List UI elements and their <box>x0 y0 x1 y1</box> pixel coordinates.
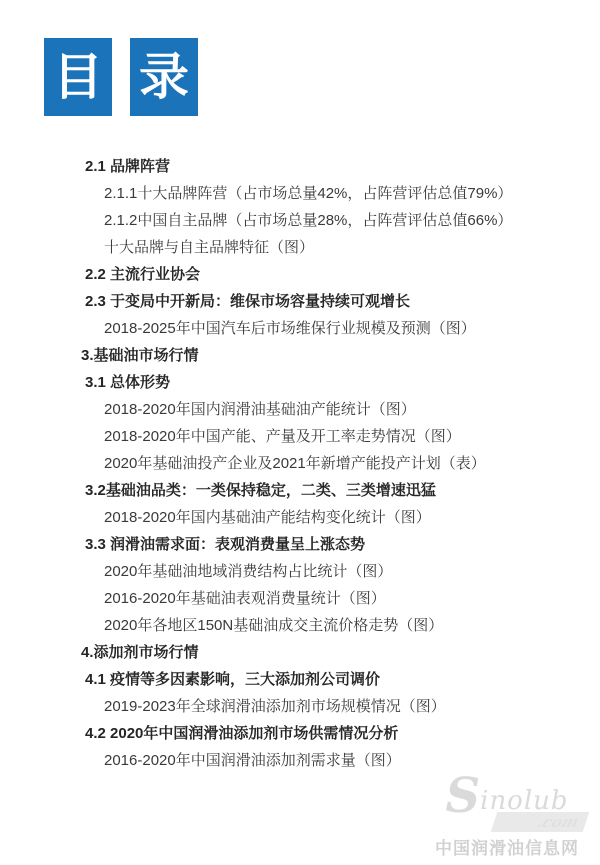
toc-line: 2016-2020年中国润滑油添加剂需求量（图） <box>0 747 600 774</box>
toc-line: 2020年基础油投产企业及2021年新增产能投产计划（表） <box>0 450 600 477</box>
logo-s-letter: S <box>445 772 480 820</box>
toc-line: 2.1 品牌阵营 <box>0 153 600 180</box>
page-title: 目 录 <box>44 38 198 116</box>
toc-line: 2.1.2中国自主品牌（占市场总量28%，占阵营评估总值66%） <box>0 207 600 234</box>
toc-line: 2016-2020年基础油表观消费量统计（图） <box>0 585 600 612</box>
title-char-1: 目 <box>53 52 103 102</box>
toc-line: 2018-2020年国内润滑油基础油产能统计（图） <box>0 396 600 423</box>
toc-line: 4.1 疫情等多因素影响，三大添加剂公司调价 <box>0 666 600 693</box>
toc-line: 3.3 润滑油需求面：表观消费量呈上涨态势 <box>0 531 600 558</box>
title-char-2: 录 <box>139 52 189 102</box>
title-badge-mu: 目 <box>44 38 112 116</box>
toc-line: 3.1 总体形势 <box>0 369 600 396</box>
toc-line: 2018-2020年中国产能、产量及开工率走势情况（图） <box>0 423 600 450</box>
toc-page: 目 录 2.1 品牌阵营2.1.1十大品牌阵营（占市场总量42%，占阵营评估总值… <box>0 0 600 865</box>
toc-line: 4.添加剂市场行情 <box>0 639 600 666</box>
toc-line: 2018-2020年国内基础油产能结构变化统计（图） <box>0 504 600 531</box>
toc-line: 十大品牌与自主品牌特征（图） <box>0 234 600 261</box>
toc-line: 4.2 2020年中国润滑油添加剂市场供需情况分析 <box>0 720 600 747</box>
toc-line: 2.2 主流行业协会 <box>0 261 600 288</box>
toc-line: 3.2基础油品类：一类保持稳定，二类、三类增速迅猛 <box>0 477 600 504</box>
title-badge-lu: 录 <box>130 38 198 116</box>
toc-line: 3.基础油市场行情 <box>0 342 600 369</box>
toc-line: 2020年基础油地域消费结构占比统计（图） <box>0 558 600 585</box>
toc-line: 2018-2025年中国汽车后市场维保行业规模及预测（图） <box>0 315 600 342</box>
toc-list: 2.1 品牌阵营2.1.1十大品牌阵营（占市场总量42%，占阵营评估总值79%）… <box>0 153 600 774</box>
toc-line: 2019-2023年全球润滑油添加剂市场规模情况（图） <box>0 693 600 720</box>
toc-line: 2020年各地区150N基础油成交主流价格走势（图） <box>0 612 600 639</box>
toc-line: 2.1.1十大品牌阵营（占市场总量42%，占阵营评估总值79%） <box>0 180 600 207</box>
logo-domain-ribbon: .com <box>491 812 589 832</box>
logo-caption: 中国润滑油信息网 <box>422 834 592 859</box>
sinolub-watermark-logo: S inolub .com 中国润滑油信息网 <box>422 772 592 859</box>
toc-line: 2.3 于变局中开新局：维保市场容量持续可观增长 <box>0 288 600 315</box>
